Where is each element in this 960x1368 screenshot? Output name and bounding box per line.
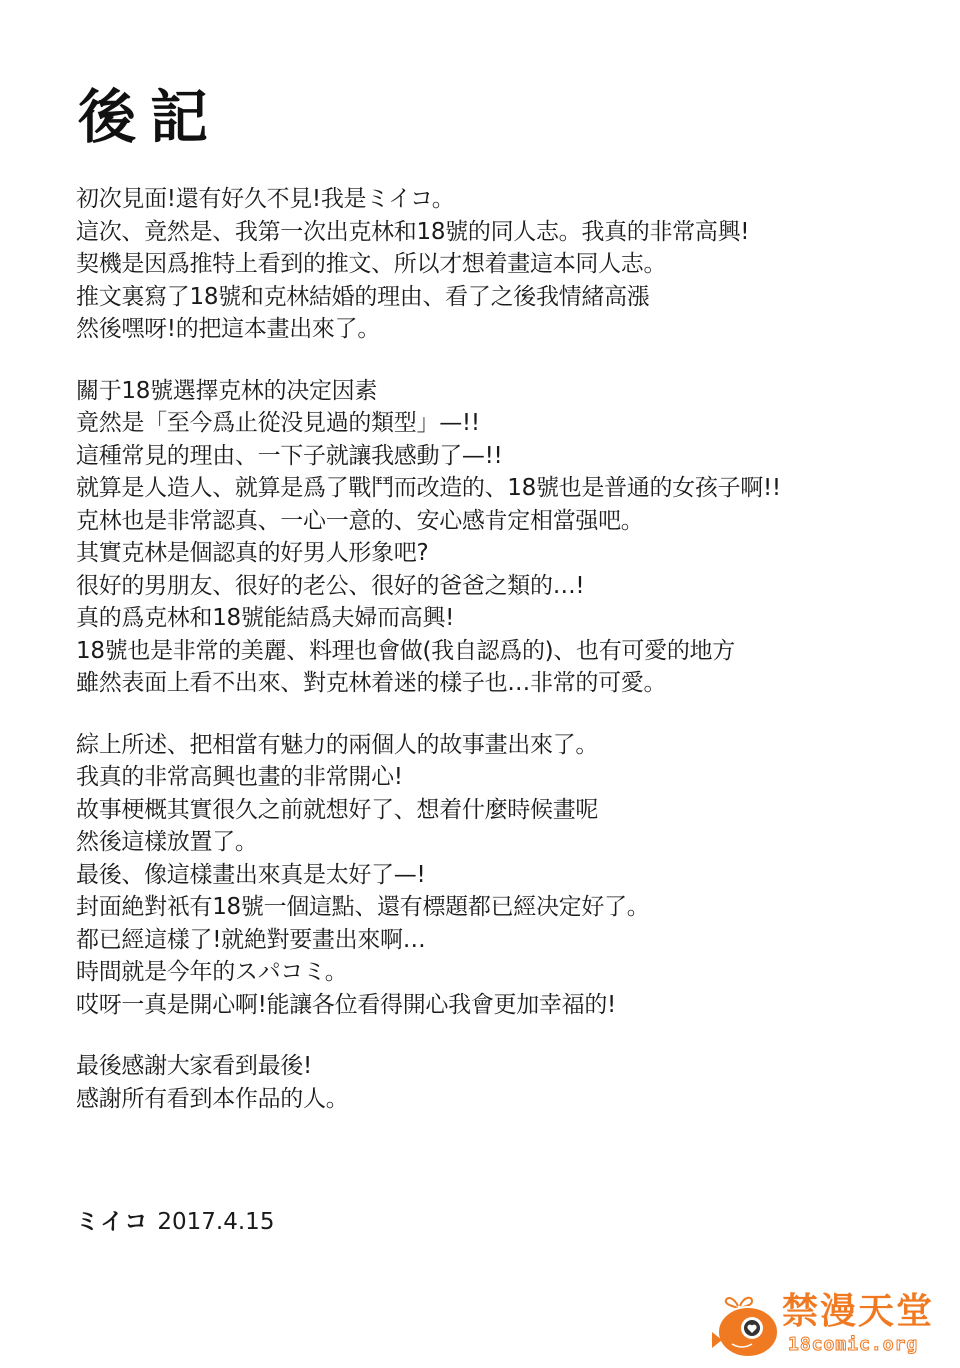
text-line: 關于18號選擇克林的决定因素 bbox=[76, 375, 896, 408]
text-line: 契機是因爲推特上看到的推文、所以才想着畫這本同人志。 bbox=[76, 248, 896, 281]
text-line: 真的爲克林和18號能結爲夫婦而高興! bbox=[76, 602, 896, 635]
text-line: 時間就是今年的スパコミ。 bbox=[76, 956, 896, 989]
text-line: 然後這樣放置了。 bbox=[76, 826, 896, 859]
text-line: 這次、竟然是、我第一次出克林和18號的同人志。我真的非常高興! bbox=[76, 216, 896, 249]
text-line: 就算是人造人、就算是爲了戰鬥而改造的、18號也是普通的女孩子啊!! bbox=[76, 472, 896, 505]
paragraph-2: 關于18號選擇克林的决定因素 竟然是「至今爲止從没見過的類型」—!! 這種常見的… bbox=[76, 375, 896, 700]
text-line: 最後感謝大家看到最後! bbox=[76, 1050, 896, 1083]
paragraph-3: 綜上所述、把相當有魅力的兩個人的故事畫出來了。 我真的非常高興也畫的非常開心! … bbox=[76, 729, 896, 1022]
watermark-logo: 禁漫天堂 18comic.org bbox=[704, 1288, 954, 1362]
afterword-body: 初次見面!還有好久不見!我是ミイコ。 這次、竟然是、我第一次出克林和18號的同人… bbox=[76, 183, 896, 1144]
author-name: ミイコ bbox=[76, 1209, 149, 1235]
text-line: 然後嘿呀!的把這本畫出來了。 bbox=[76, 313, 896, 346]
text-line: 感謝所有看到本作品的人。 bbox=[76, 1083, 896, 1116]
orange-fish-mascot-icon bbox=[708, 1292, 782, 1360]
watermark-url: 18comic.org bbox=[788, 1336, 918, 1354]
text-line: 這種常見的理由、一下子就讓我感動了—!! bbox=[76, 440, 896, 473]
text-line: 綜上所述、把相當有魅力的兩個人的故事畫出來了。 bbox=[76, 729, 896, 762]
page-title: 後記 bbox=[78, 88, 222, 146]
watermark-text: 禁漫天堂 bbox=[782, 1294, 934, 1330]
text-line: 竟然是「至今爲止從没見過的類型」—!! bbox=[76, 407, 896, 440]
signature: ミイコ2017.4.15 bbox=[76, 1206, 274, 1238]
text-line: 其實克林是個認真的好男人形象吧? bbox=[76, 537, 896, 570]
text-line: 都已經這樣了!就絶對要畫出來啊… bbox=[76, 924, 896, 957]
text-line: 18號也是非常的美麗、料理也會做(我自認爲的)、也有可愛的地方 bbox=[76, 635, 896, 668]
text-line: 故事梗概其實很久之前就想好了、想着什麼時候畫呢 bbox=[76, 794, 896, 827]
text-line: 封面絶對祇有18號一個這點、還有標題都已經决定好了。 bbox=[76, 891, 896, 924]
paragraph-4: 最後感謝大家看到最後! 感謝所有看到本作品的人。 bbox=[76, 1050, 896, 1115]
text-line: 最後、像這樣畫出來真是太好了—! bbox=[76, 859, 896, 892]
signature-date: 2017.4.15 bbox=[157, 1209, 274, 1235]
paragraph-1: 初次見面!還有好久不見!我是ミイコ。 這次、竟然是、我第一次出克林和18號的同人… bbox=[76, 183, 896, 346]
text-line: 克林也是非常認真、一心一意的、安心感肯定相當强吧。 bbox=[76, 505, 896, 538]
text-line: 我真的非常高興也畫的非常開心! bbox=[76, 761, 896, 794]
text-line: 哎呀一真是開心啊!能讓各位看得開心我會更加幸福的! bbox=[76, 989, 896, 1022]
text-line: 推文裏寫了18號和克林結婚的理由、看了之後我情緒高漲 bbox=[76, 281, 896, 314]
text-line: 很好的男朋友、很好的老公、很好的爸爸之類的…! bbox=[76, 570, 896, 603]
text-line: 初次見面!還有好久不見!我是ミイコ。 bbox=[76, 183, 896, 216]
text-line: 雖然表面上看不出來、對克林着迷的樣子也…非常的可愛。 bbox=[76, 667, 896, 700]
